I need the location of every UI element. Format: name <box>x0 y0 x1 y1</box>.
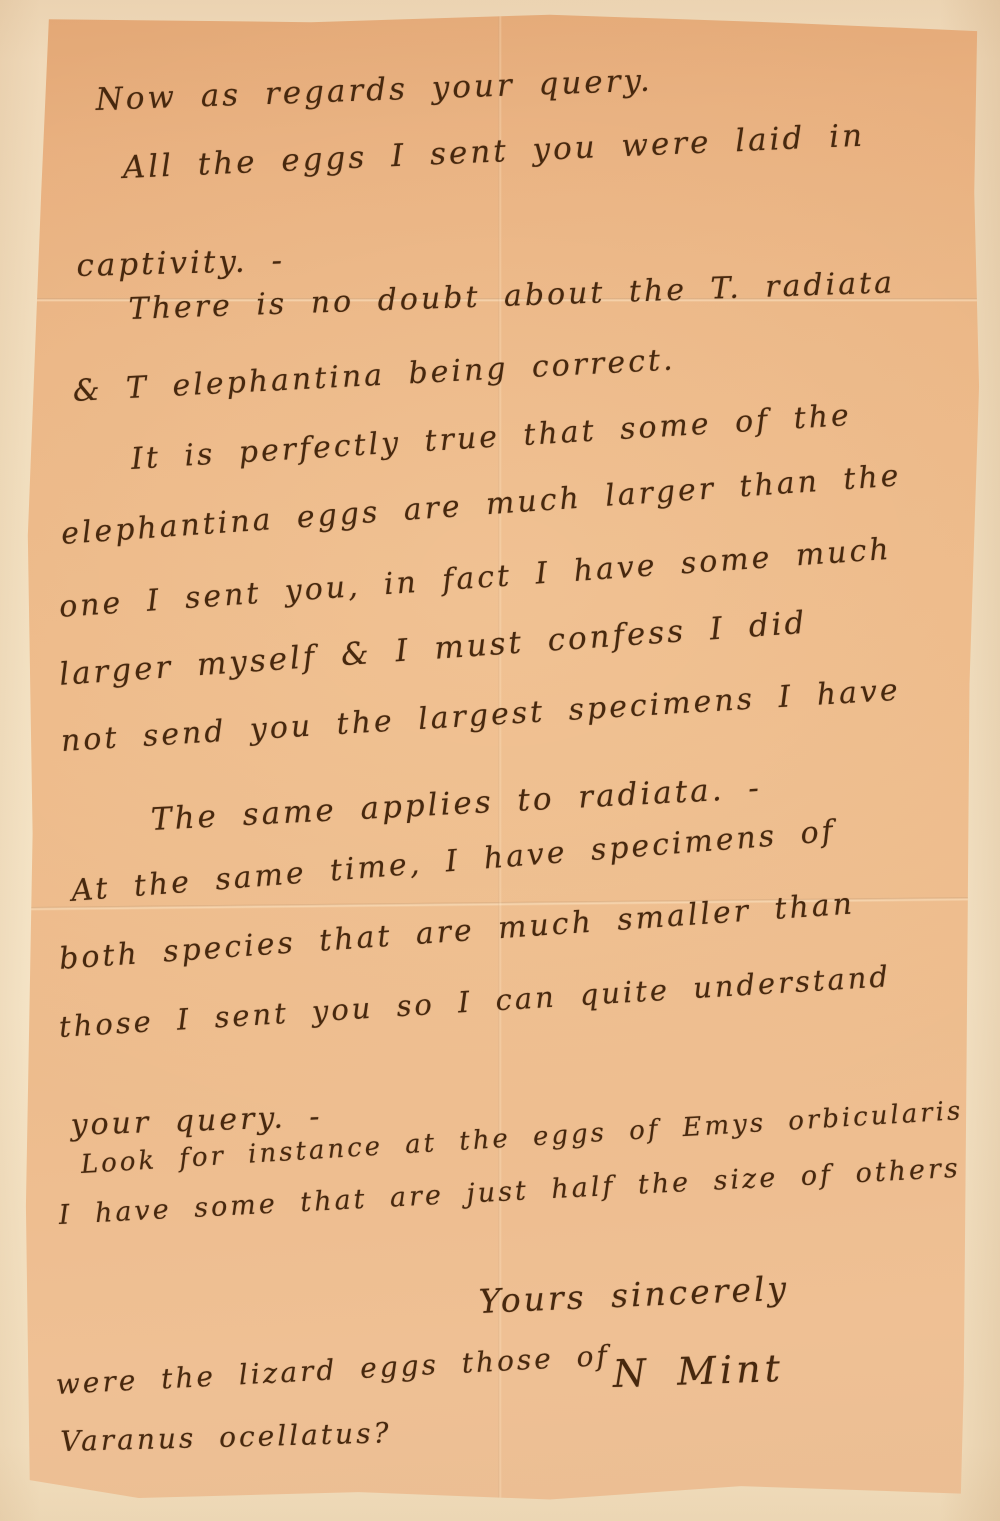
letter-line: captivity. - <box>76 243 285 284</box>
signature: N Mint <box>612 1346 785 1396</box>
